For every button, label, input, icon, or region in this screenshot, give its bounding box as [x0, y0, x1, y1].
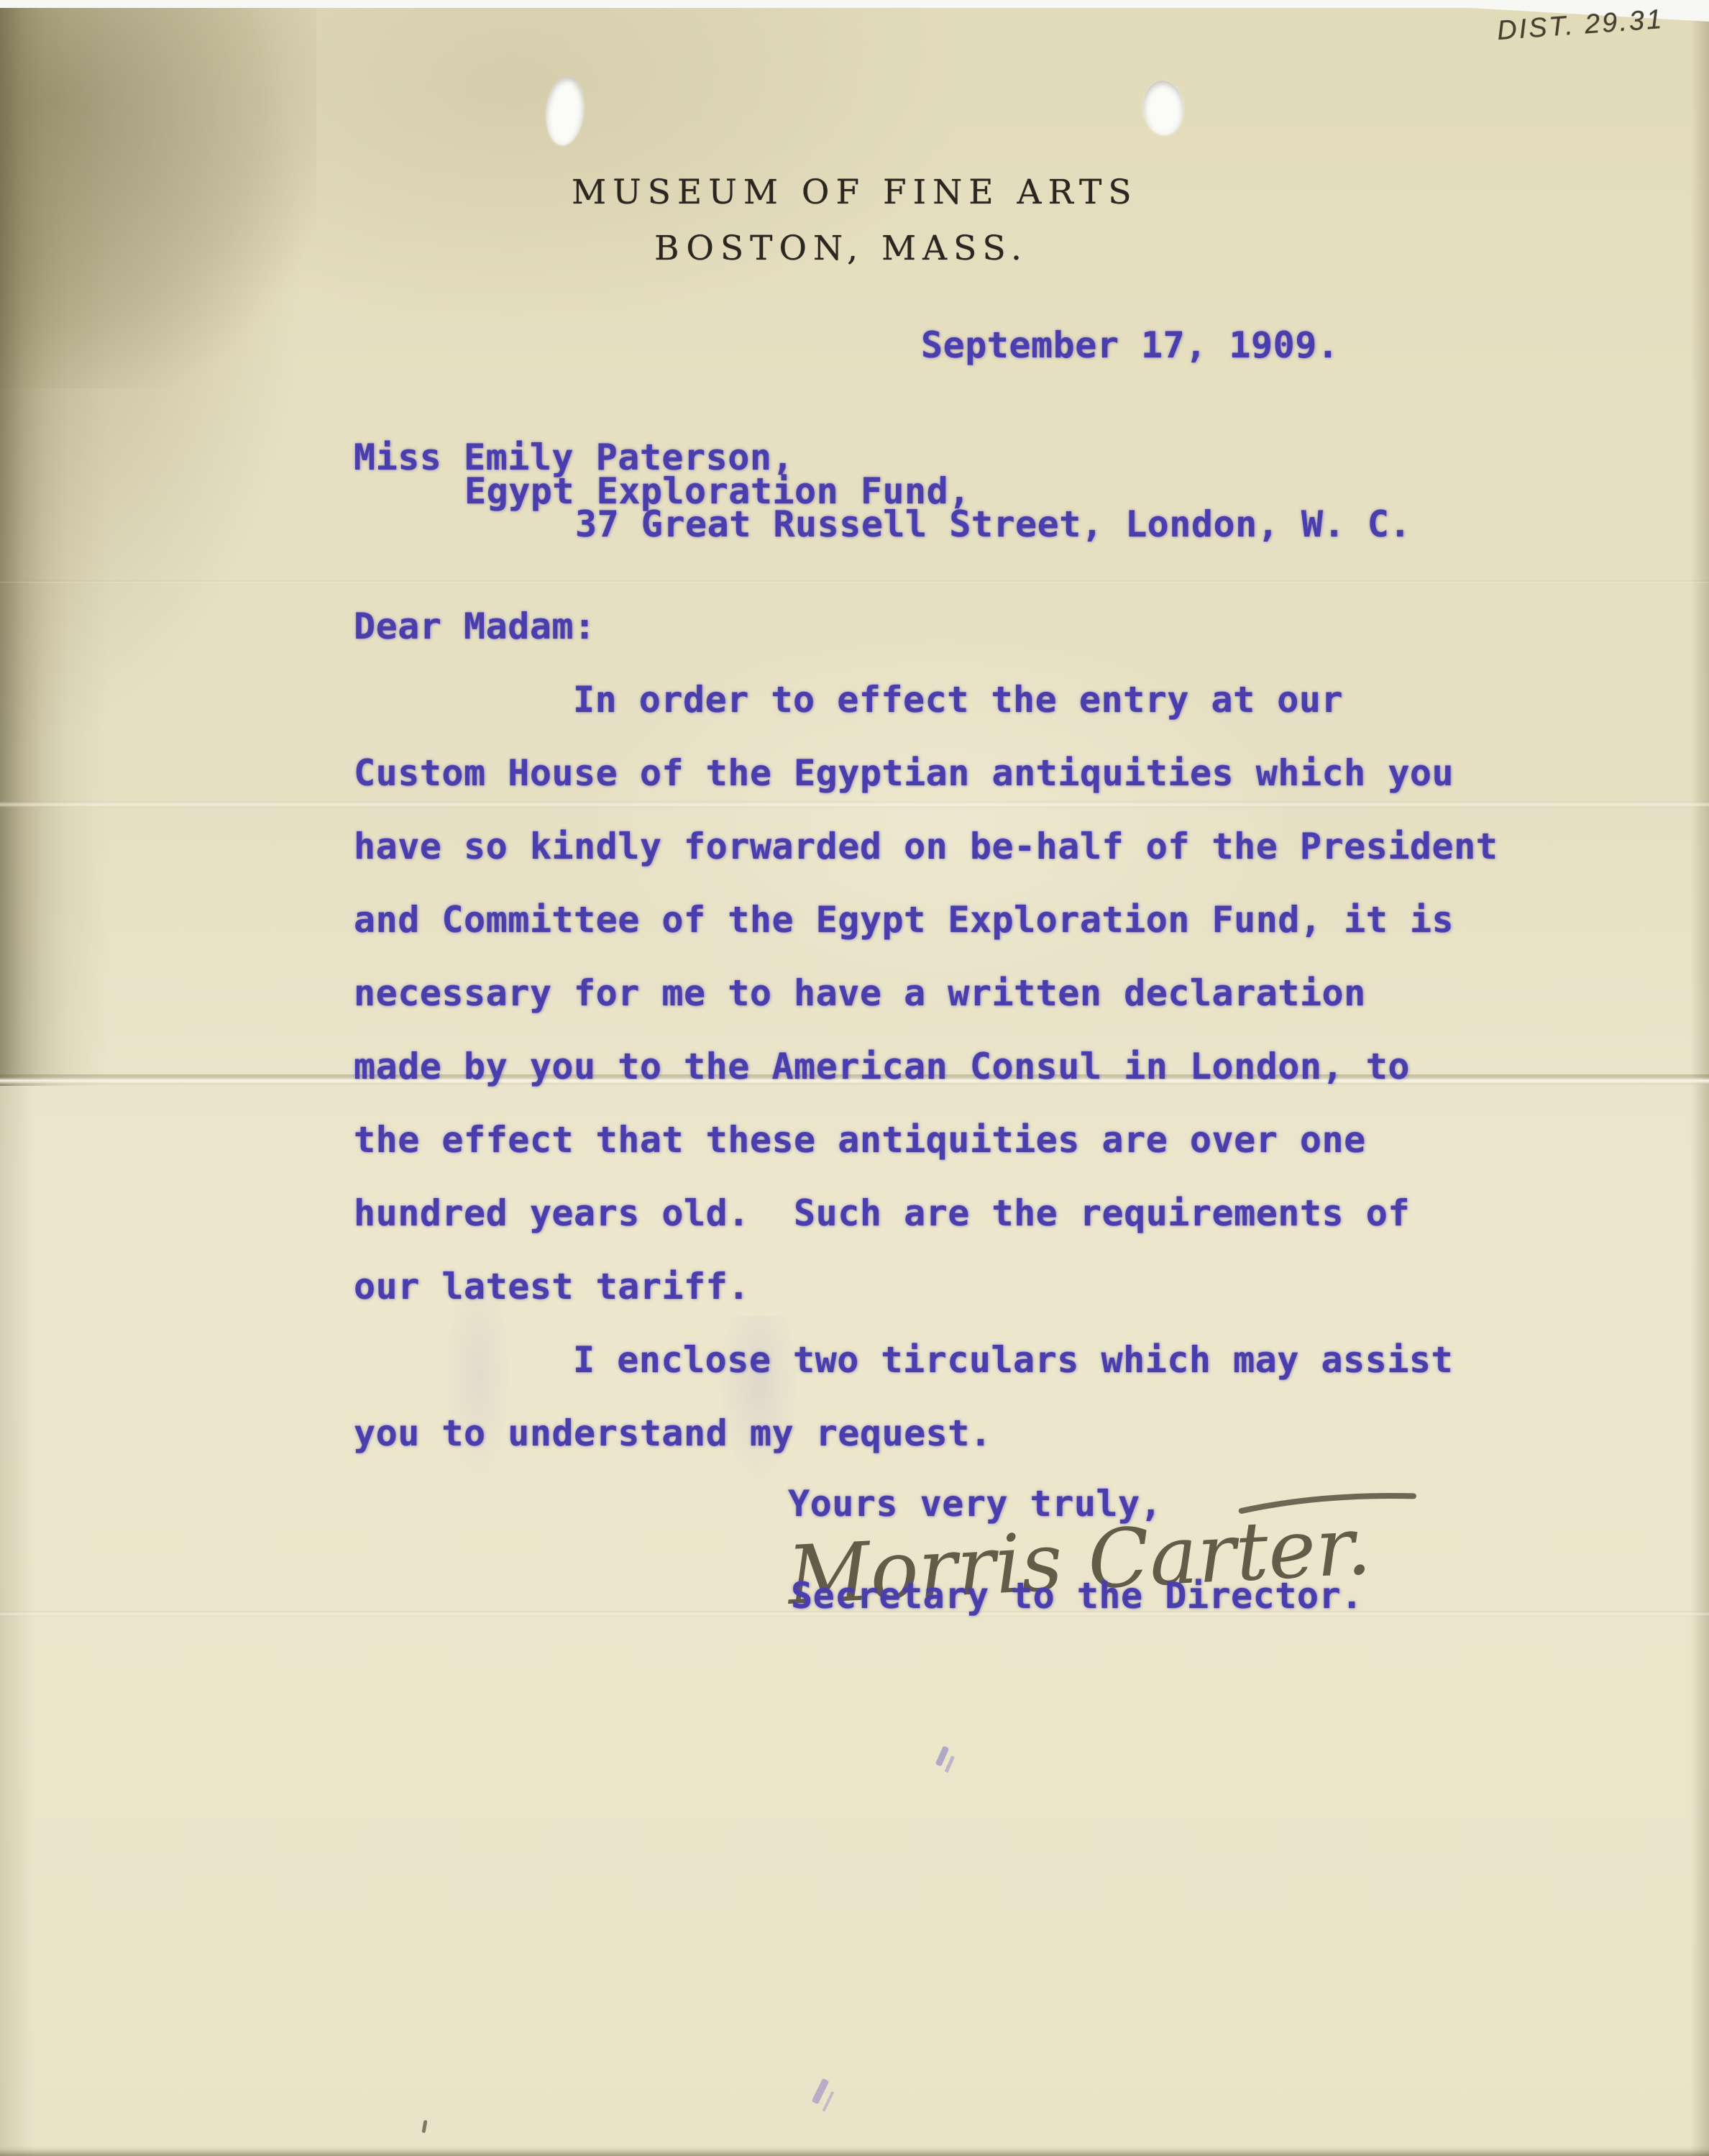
- left-edge-shadow-lower: [0, 1086, 43, 2156]
- body-line: have so kindly forwarded on be-half of t…: [354, 826, 1498, 867]
- body-line: Custom House of the Egyptian antiquities…: [354, 752, 1454, 794]
- body-line: hundred years old. Such are the requirem…: [354, 1192, 1410, 1234]
- body-line: and Committee of the Egypt Exploration F…: [354, 899, 1454, 941]
- body-line: necessary for me to have a written decla…: [354, 972, 1366, 1014]
- left-edge-shadow: [0, 0, 259, 1086]
- letterhead-city: BOSTON, MASS.: [654, 229, 1028, 268]
- scanner-edge-top: [0, 0, 1709, 8]
- ink-smudge: [812, 2078, 830, 2105]
- ink-smudge: [935, 1745, 950, 1766]
- wrinkle-crease: [0, 801, 1709, 808]
- date-line: September 17, 1909.: [921, 324, 1339, 366]
- pencil-tick: [421, 2120, 427, 2134]
- body-line: the effect that these antiquities are ov…: [354, 1119, 1366, 1161]
- body-line: our latest tariff.: [354, 1266, 750, 1307]
- sender-title: Secretary to the Director.: [791, 1575, 1363, 1617]
- body-line: I enclose two tirculars which may assist: [573, 1339, 1453, 1381]
- punch-hole-left: [543, 75, 587, 147]
- bottom-edge-shadow: [0, 2146, 1709, 2156]
- punch-hole-right: [1141, 79, 1185, 137]
- letterhead-museum-name: MUSEUM OF FINE ARTS: [572, 173, 1138, 212]
- faint-crease: [0, 580, 1709, 583]
- salutation: Dear Madam:: [354, 606, 596, 647]
- recipient-address: 37 Great Russell Street, London, W. C.: [575, 503, 1411, 545]
- body-line: you to understand my request.: [354, 1412, 991, 1454]
- scanned-letter: DIST. 29.31 MUSEUM OF FINE ARTS BOSTON, …: [0, 0, 1709, 2156]
- body-line: made by you to the American Consul in Lo…: [354, 1046, 1410, 1087]
- body-line: In order to effect the entry at our: [573, 679, 1343, 721]
